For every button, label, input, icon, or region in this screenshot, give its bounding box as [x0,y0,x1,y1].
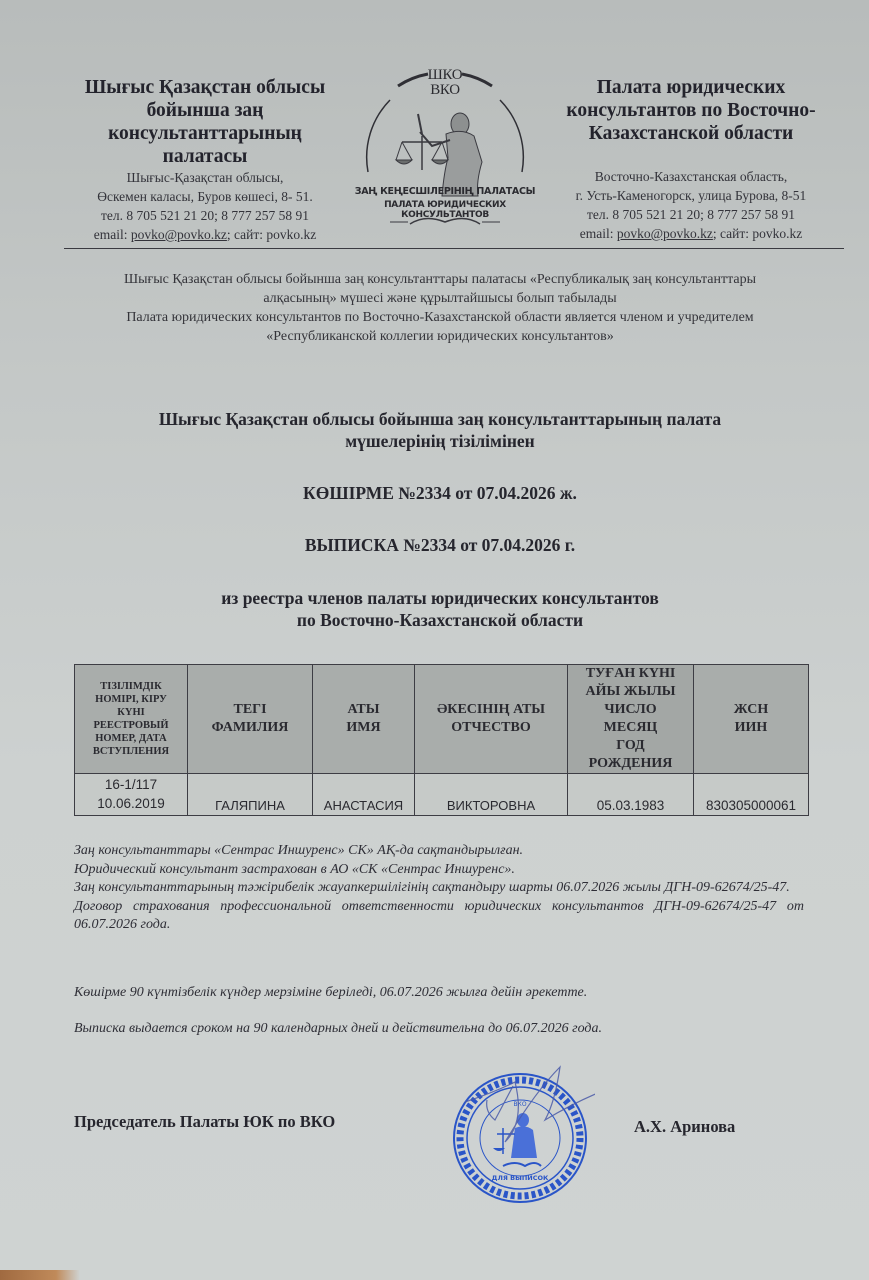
cell-surname: ГАЛЯПИНА [188,774,313,816]
cell-birth-date: 05.03.1983 [568,774,694,816]
org-name-ru: Палата юридических консультантов по Вост… [546,76,836,145]
membership-statement: Шығыс Қазақстан облысы бойынша заң консу… [60,270,820,346]
cell-iin: 830305000061 [694,774,809,816]
email-link[interactable]: povko@povko.kz [617,226,713,241]
contact-line: email: povko@povko.kz; сайт: povko.kz [64,225,346,244]
col-patronymic: ӘКЕСІНІҢ АТЫОТЧЕСТВО [415,665,568,774]
table-header-row: ТІЗІЛІМДІКНОМІРІ, КІРУКҮНІРЕЕСТРОВЫЙНОМЕ… [75,665,809,774]
contact-line: email: povko@povko.kz; сайт: povko.kz [546,224,836,243]
col-birth-date: ТУҒАН КҮНІАЙЫ ЖЫЛЫЧИСЛОМЕСЯЦГОДРОЖДЕНИЯ [568,665,694,774]
extract-number-kz: КӨШІРМЕ №2334 от 07.04.2026 ж. [80,482,800,504]
col-surname: ТЕГІФАМИЛИЯ [188,665,313,774]
official-stamp: ВКО ДЛЯ ВЫПИСОК [445,1062,595,1207]
insurance-notes: Заң консультанттары «Сентрас Иншуренс» С… [74,842,804,935]
org-address-ru: Восточно-Казахстанская область, г. Усть-… [546,167,836,243]
cell-patronymic: ВИКТОРОВНА [415,774,568,816]
signatory-name: А.Х. Аринова [634,1117,735,1137]
org-name-kz: Шығыс Қазақстан облысы бойынша заң консу… [70,76,340,168]
col-name: АТЫИМЯ [313,665,415,774]
header-right-ru: Палата юридических консультантов по Вост… [546,76,836,243]
chamber-logo: ШКО ВКО ЗАҢ КЕҢЕСШІЛЕРІНІҢ ПАЛАТАСЫ ПАЛА… [350,62,540,232]
signatory-position: Председатель Палаты ЮК по ВКО [74,1112,335,1132]
header-left-kz: Шығыс Қазақстан облысы бойынша заң консу… [64,76,346,244]
col-registry-number: ТІЗІЛІМДІКНОМІРІ, КІРУКҮНІРЕЕСТРОВЫЙНОМЕ… [75,665,188,774]
header-divider [64,248,844,249]
document-title: Шығыс Қазақстан облысы бойынша заң консу… [80,408,800,631]
col-iin: ЖСНИИН [694,665,809,774]
org-address-kz: Шығыс-Қазақстан облысы, Өскемен каласы, … [64,168,346,244]
table-row: 16-1/11710.06.2019 ГАЛЯПИНА АНАСТАСИЯ ВИ… [75,774,809,816]
email-link[interactable]: povko@povko.kz [131,227,227,242]
cell-registry-number: 16-1/11710.06.2019 [75,774,188,816]
stamp-seal-icon: ВКО [445,1062,595,1207]
svg-text:ВКО: ВКО [513,1101,526,1108]
validity-notes: Көшірме 90 күнтізбелік күндер мерзіміне … [74,985,794,1037]
table-surface [0,1270,80,1280]
extract-number-ru: ВЫПИСКА №2334 от 07.04.2026 г. [80,534,800,556]
registry-table: ТІЗІЛІМДІКНОМІРІ, КІРУКҮНІРЕЕСТРОВЫЙНОМЕ… [74,664,809,816]
cell-name: АНАСТАСИЯ [313,774,415,816]
